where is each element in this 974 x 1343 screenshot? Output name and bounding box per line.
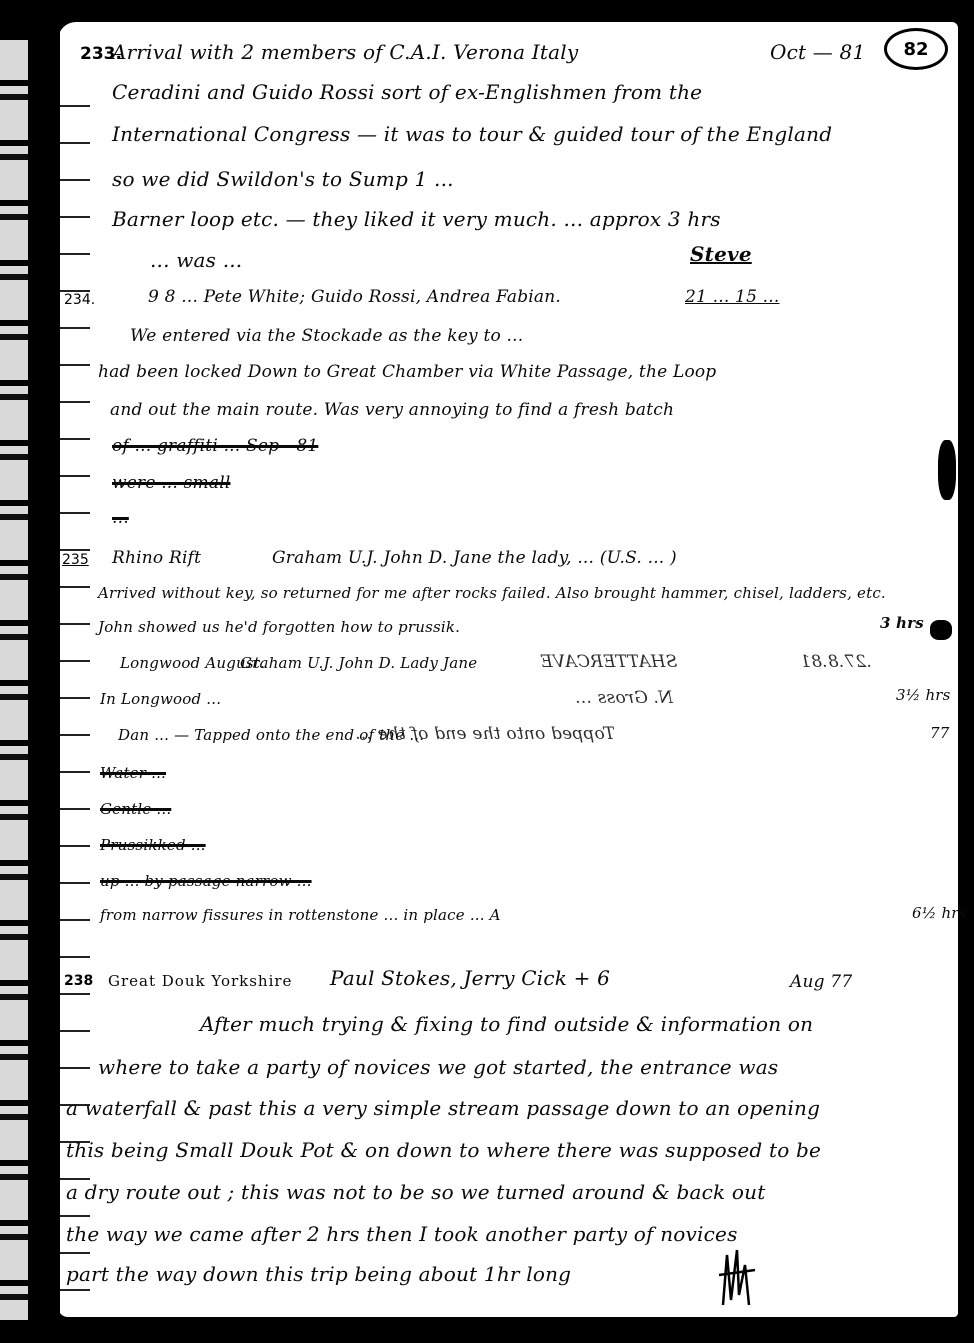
mirrored-text: .27.8.81: [800, 652, 872, 672]
entry-238-people: Paul Stokes, Jerry Cick + 6: [330, 966, 610, 990]
facing-page-edge: [0, 40, 28, 1320]
entry-235-duration: 3 hrs: [880, 614, 924, 632]
mirrored-text: SHATTERCAVE: [540, 652, 677, 672]
bleedthrough-4: .27.8.81: [800, 652, 872, 672]
entry-number-234: 234.: [64, 292, 95, 308]
entry-238-date: Aug 77: [790, 972, 852, 992]
entry-number-238: 238: [64, 973, 93, 989]
entry-235-line-2: John showed us he'd forgotten how to pru…: [98, 618, 460, 636]
entry-234-header: 9 8 ... Pete White; Guido Rossi, Andrea …: [148, 287, 561, 307]
longwood-date-right: 77: [930, 724, 950, 742]
entry-235-cave: Rhino Rift: [112, 548, 201, 568]
entry-233-line-6: ... was ...: [150, 248, 242, 272]
longwood-line-1: In Longwood ...: [100, 690, 221, 708]
entry-233-line-1: Arrival with 2 members of C.A.I. Verona …: [112, 40, 578, 64]
entry-234-line-3: and out the main route. Was very annoyin…: [110, 400, 674, 420]
entry-234-line-6: ...: [112, 508, 129, 528]
signature-scribble: [715, 1235, 760, 1310]
entry-233-line-3: International Congress — it was to tour …: [112, 122, 832, 146]
entry-238-line-3: a waterfall & past this a very simple st…: [66, 1096, 820, 1120]
entry-234-line-4: of ... graffiti ... Sep - 81: [112, 436, 318, 456]
entry-238-line-1: After much trying & fixing to find outsi…: [200, 1012, 813, 1036]
page-number-circle: 82: [884, 28, 948, 70]
entry-233-signature: Steve: [690, 242, 752, 266]
entry-238-line-6: the way we came after 2 hrs then I took …: [66, 1222, 738, 1246]
mirrored-text: N. Gross ...: [575, 688, 673, 708]
entry-234-line-1: We entered via the Stockade as the key t…: [130, 326, 523, 346]
longwood-duration-1: 3½ hrs: [896, 686, 951, 704]
longwood-line-4: Gentle ...: [100, 800, 171, 818]
entry-233-line-2: Ceradini and Guido Rossi sort of ex-Engl…: [112, 80, 702, 104]
mirrored-text: Topped onto the end of the ...: [355, 724, 615, 744]
entry-234-line-2: had been locked Down to Great Chamber vi…: [98, 362, 716, 382]
entry-238-line-5: a dry route out ; this was not to be so …: [66, 1180, 765, 1204]
scan-smudge: [930, 620, 952, 640]
entry-235-line-1: Arrived without key, so returned for me …: [98, 584, 886, 602]
longwood-line-7: from narrow fissures in rottenstone ... …: [100, 906, 501, 924]
entry-234-header-right: 21 ... 15 ...: [685, 287, 780, 307]
entry-238-line-2: where to take a party of novices we got …: [98, 1055, 778, 1079]
entry-238-cave: Great Douk Yorkshire: [108, 972, 292, 990]
page-number: 82: [903, 39, 928, 60]
entry-233-line-5: Barner loop etc. — they liked it very mu…: [112, 207, 721, 231]
bleedthrough-2: N. Gross ...: [575, 688, 673, 708]
entry-233-date: Oct — 81: [770, 40, 865, 64]
entry-233-line-4: so we did Swildon's to Sump 1 ...: [112, 167, 454, 191]
ruled-margin-ticks: [60, 70, 90, 1310]
longwood-people: Graham U.J. John D. Lady Jane: [240, 654, 477, 672]
bleedthrough-1: SHATTERCAVE: [540, 652, 677, 672]
longwood-line-6: up ... by passage narrow ...: [100, 872, 312, 890]
entry-number-235: 235: [62, 552, 89, 568]
longwood-duration-2: 6½ hrs: [912, 904, 967, 922]
scan-smudge: [938, 440, 956, 500]
entry-238-line-4: this being Small Douk Pot & on down to w…: [66, 1138, 821, 1162]
longwood-line-5: Prussikked ...: [100, 836, 206, 854]
entry-235-people: Graham U.J. John D. Jane the lady, ... (…: [272, 548, 677, 568]
binding-gutter: [28, 30, 60, 1340]
bleedthrough-3: Topped onto the end of the ...: [355, 724, 615, 744]
longwood-line-3: Water ...: [100, 764, 166, 782]
entry-234-line-5: were ... small: [112, 473, 230, 493]
entry-238-line-7: part the way down this trip being about …: [66, 1262, 571, 1286]
